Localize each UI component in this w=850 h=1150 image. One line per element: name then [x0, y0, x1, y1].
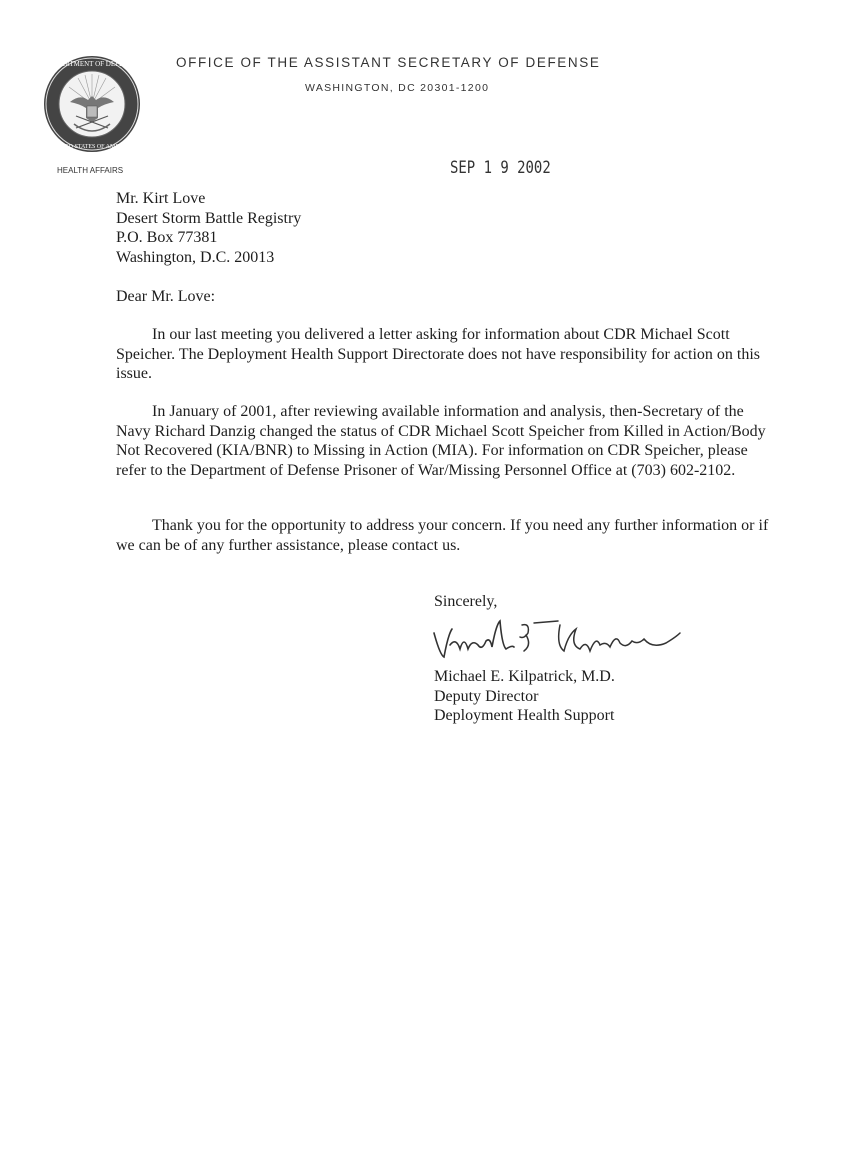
signer-block: Michael E. Kilpatrick, M.D. Deputy Direc…	[434, 667, 615, 726]
date-stamp: SEP 1 9 2002	[450, 158, 551, 178]
paragraph-text: In our last meeting you delivered a lett…	[116, 326, 760, 382]
closing: Sincerely,	[434, 592, 497, 612]
department-label: HEALTH AFFAIRS	[57, 166, 123, 175]
paragraph-text: Thank you for the opportunity to address…	[116, 517, 768, 554]
recipient-po-box: P.O. Box 77381	[116, 228, 301, 248]
signer-organization: Deployment Health Support	[434, 706, 615, 726]
recipient-name: Mr. Kirt Love	[116, 189, 301, 209]
recipient-address: Mr. Kirt Love Desert Storm Battle Regist…	[116, 189, 301, 267]
salutation: Dear Mr. Love:	[116, 287, 215, 307]
office-address: WASHINGTON, DC 20301-1200	[305, 82, 489, 94]
recipient-organization: Desert Storm Battle Registry	[116, 209, 301, 229]
signer-name: Michael E. Kilpatrick, M.D.	[434, 667, 615, 687]
body-paragraph: Thank you for the opportunity to address…	[116, 516, 771, 555]
office-heading: OFFICE OF THE ASSISTANT SECRETARY OF DEF…	[176, 55, 600, 70]
department-of-defense-seal-icon: DEPARTMENT OF DEFENSE UNITED STATES OF A…	[42, 54, 142, 154]
signature-icon	[430, 615, 690, 665]
svg-text:DEPARTMENT OF DEFENSE: DEPARTMENT OF DEFENSE	[47, 60, 136, 68]
paragraph-text: In January of 2001, after reviewing avai…	[116, 403, 766, 479]
recipient-city: Washington, D.C. 20013	[116, 248, 301, 268]
signer-title: Deputy Director	[434, 687, 615, 707]
svg-text:UNITED STATES OF AMERICA: UNITED STATES OF AMERICA	[51, 144, 134, 150]
body-paragraph: In January of 2001, after reviewing avai…	[116, 402, 771, 480]
body-paragraph: In our last meeting you delivered a lett…	[116, 325, 771, 384]
